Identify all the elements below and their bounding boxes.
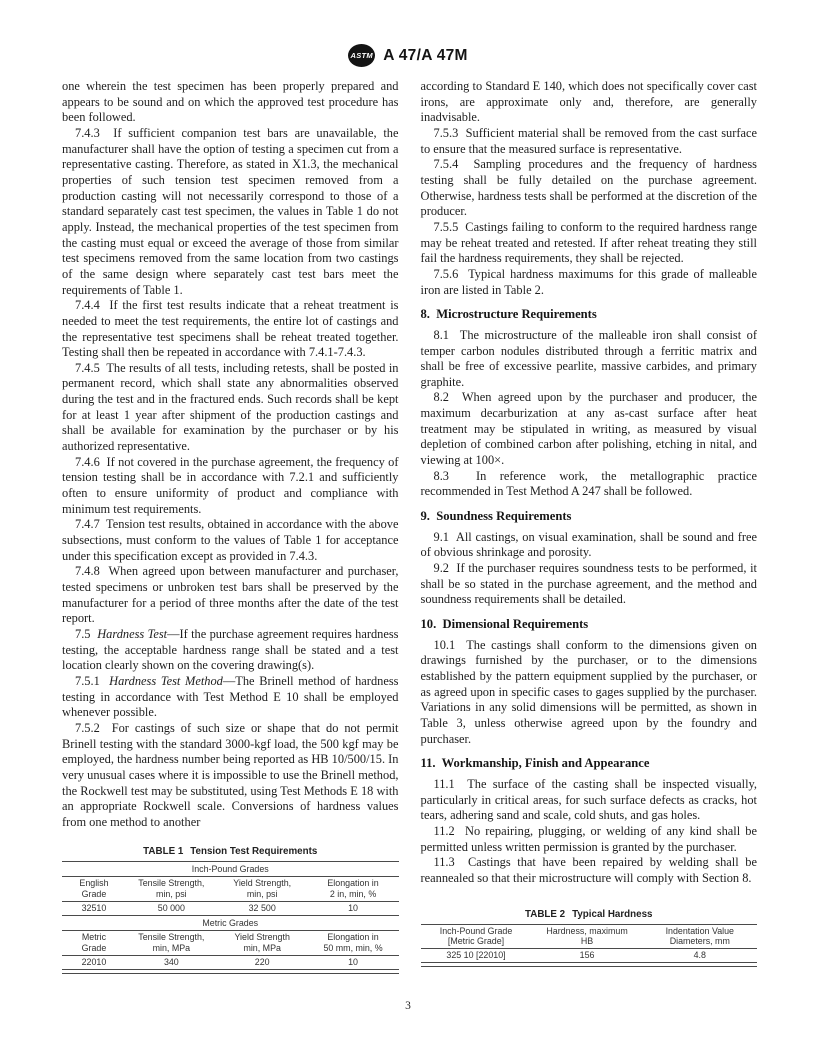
paragraph: 7.4.3 If sufficient companion test bars … [62, 126, 399, 298]
table-cell: 156 [532, 949, 643, 963]
astm-logo-icon: ASTM [348, 44, 375, 67]
table-1-label: TABLE 1 [143, 846, 183, 857]
paragraph: 7.5.4 Sampling procedures and the freque… [421, 157, 758, 220]
table-header-cell: Elongation in2 in, min, % [308, 877, 399, 902]
paragraph: 7.4.7 Tension test results, obtained in … [62, 517, 399, 564]
section-heading: 11. Workmanship, Finish and Appearance [421, 756, 758, 772]
table-1-caption: TABLE 1Tension Test Requirements [62, 846, 399, 857]
paragraph: 11.1 The surface of the casting shall be… [421, 777, 758, 824]
paragraph: 8.2 When agreed upon by the purchaser an… [421, 390, 758, 468]
paragraph: 7.4.8 When agreed upon between manufactu… [62, 564, 399, 627]
astm-logo-text: ASTM [350, 51, 372, 60]
right-column-text: according to Standard E 140, which does … [421, 79, 758, 887]
paragraph: 11.2 No repairing, plugging, or welding … [421, 824, 758, 855]
table-cell: 220 [217, 956, 308, 970]
table-cell: 32 500 [217, 901, 308, 915]
two-column-content: one wherein the test specimen has been p… [0, 0, 816, 974]
paragraph: 7.5.3 Sufficient material shall be remov… [421, 126, 758, 157]
table-header-cell: Elongation in50 mm, min, % [308, 931, 399, 956]
page-number: 3 [0, 1000, 816, 1012]
paragraph: 8.1 The microstructure of the malleable … [421, 328, 758, 391]
table-header-cell: MetricGrade [62, 931, 126, 956]
table-header-cell: Tensile Strength,min, MPa [126, 931, 217, 956]
paragraph: 8.3 In reference work, the metallographi… [421, 469, 758, 500]
table-header-cell: Yield Strengthmin, MPa [217, 931, 308, 956]
table-header-cell: Yield Strength,min, psi [217, 877, 308, 902]
table-1-title: Tension Test Requirements [190, 846, 317, 857]
paragraph: 9.1 All castings, on visual examination,… [421, 530, 758, 561]
table-cell: 340 [126, 956, 217, 970]
table-cell: 50 000 [126, 901, 217, 915]
left-column: one wherein the test specimen has been p… [62, 79, 399, 974]
paragraph: 10.1 The castings shall conform to the d… [421, 638, 758, 748]
table-cell: 10 [308, 901, 399, 915]
paragraph: 7.5.5 Castings failing to conform to the… [421, 220, 758, 267]
paragraph: 7.5.6 Typical hardness maximums for this… [421, 267, 758, 298]
table-row: 22010 340 220 10 [62, 956, 399, 970]
paragraph: one wherein the test specimen has been p… [62, 79, 399, 126]
section-heading: 8. Microstructure Requirements [421, 307, 758, 323]
table-header-cell: EnglishGrade [62, 877, 126, 902]
table-row: Inch-Pound Grade[Metric Grade] Hardness,… [421, 924, 758, 949]
table-row: MetricGrade Tensile Strength,min, MPa Yi… [62, 931, 399, 956]
table-header-cell: Hardness, maximumHB [532, 924, 643, 949]
right-column: according to Standard E 140, which does … [421, 79, 758, 974]
left-column-text: one wherein the test specimen has been p… [62, 79, 399, 831]
table-2-caption: TABLE 2Typical Hardness [421, 909, 758, 920]
table-row: Metric Grades [62, 915, 399, 931]
table-row: 32510 50 000 32 500 10 [62, 901, 399, 915]
table-1-section: TABLE 1Tension Test Requirements Inch-Po… [62, 846, 399, 974]
table-2-section: TABLE 2Typical Hardness Inch-Pound Grade… [421, 909, 758, 967]
table-row: Inch-Pound Grades [62, 861, 399, 877]
table-group-label: Metric Grades [62, 915, 399, 931]
paragraph: 7.5.1 Hardness Test Method—The Brinell m… [62, 674, 399, 721]
table-cell: 325 10 [22010] [421, 949, 532, 963]
paragraph: 7.5 Hardness Test—If the purchase agreem… [62, 627, 399, 674]
table-2-label: TABLE 2 [525, 909, 565, 920]
paragraph: 7.4.5 The results of all tests, includin… [62, 361, 399, 455]
paragraph: 11.3 Castings that have been repaired by… [421, 855, 758, 886]
table-group-label: Inch-Pound Grades [62, 861, 399, 877]
table-row: 325 10 [22010] 156 4.8 [421, 949, 758, 963]
table-2-title: Typical Hardness [572, 909, 652, 920]
table-cell: 4.8 [643, 949, 757, 963]
page-header: ASTM A 47/A 47M [0, 44, 816, 67]
table-header-cell: Indentation ValueDiameters, mm [643, 924, 757, 949]
section-heading: 9. Soundness Requirements [421, 509, 758, 525]
table-header-cell: Inch-Pound Grade[Metric Grade] [421, 924, 532, 949]
paragraph: 7.4.6 If not covered in the purchase agr… [62, 455, 399, 518]
table-cell: 10 [308, 956, 399, 970]
table-header-cell: Tensile Strength,min, psi [126, 877, 217, 902]
paragraph: 7.4.4 If the first test results indicate… [62, 298, 399, 361]
paragraph: according to Standard E 140, which does … [421, 79, 758, 126]
table-row: EnglishGrade Tensile Strength,min, psi Y… [62, 877, 399, 902]
section-heading: 10. Dimensional Requirements [421, 617, 758, 633]
table-1: Inch-Pound Grades EnglishGrade Tensile S… [62, 861, 399, 970]
paragraph: 9.2 If the purchaser requires soundness … [421, 561, 758, 608]
document-page: ASTM A 47/A 47M one wherein the test spe… [0, 0, 816, 1056]
table-cell: 32510 [62, 901, 126, 915]
table-2: Inch-Pound Grade[Metric Grade] Hardness,… [421, 924, 758, 963]
document-code: A 47/A 47M [383, 47, 468, 65]
paragraph: 7.5.2 For castings of such size or shape… [62, 721, 399, 831]
table-cell: 22010 [62, 956, 126, 970]
